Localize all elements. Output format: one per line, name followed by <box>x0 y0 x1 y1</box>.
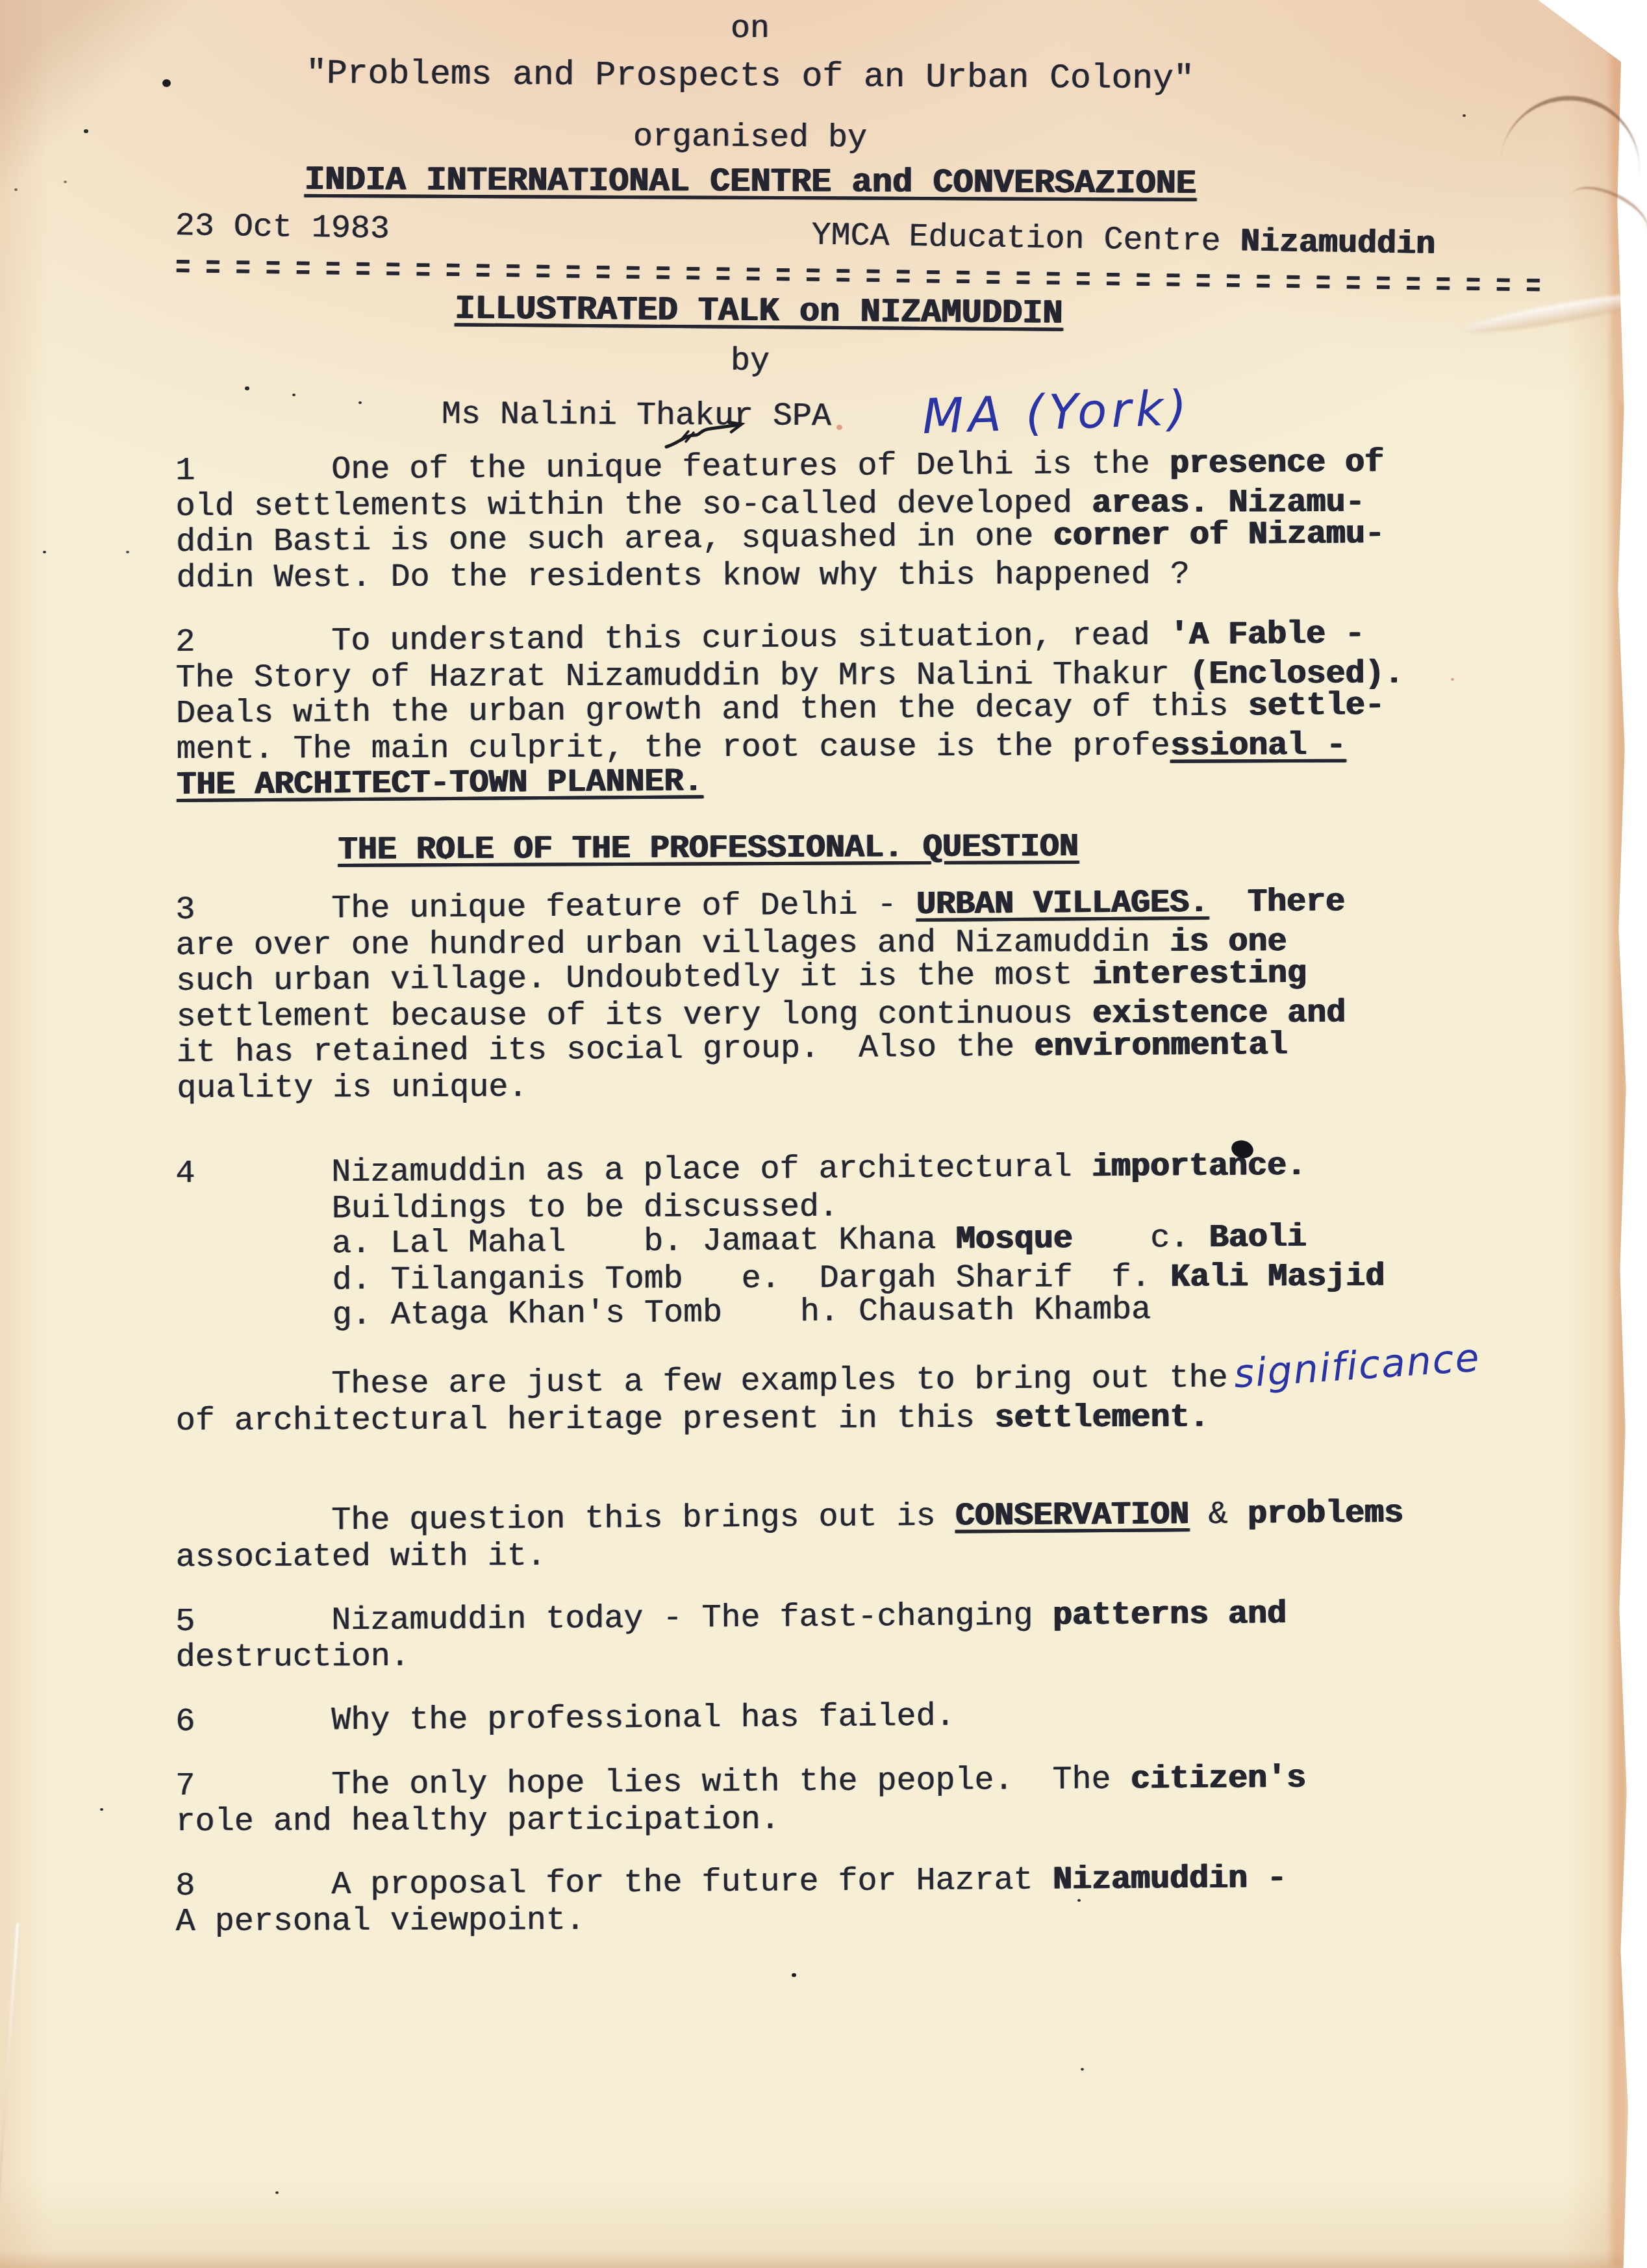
doc-line: d. Tilanganis Tomb e. Dargah Sharif f. K… <box>176 1259 1436 1299</box>
doc-line: The Story of Hazrat Nizamuddin by Mrs Na… <box>175 656 1435 696</box>
text-segment: & <box>1188 1496 1247 1533</box>
text-segment: areas. Nizamu- <box>1092 485 1364 522</box>
doc-line: destruction. <box>175 1635 1435 1676</box>
text-segment: Buildings to be discussed. <box>175 1189 838 1228</box>
paragraph-examples: These are just a few examples to bring o… <box>175 1354 1436 1439</box>
doc-line: on <box>175 9 1325 49</box>
doc-line: Ms Nalini Thakur SPAMA (York) <box>442 389 1435 438</box>
doc-line: A personal viewpoint. <box>175 1900 1435 1940</box>
handwritten-annotation: MA (York) <box>922 390 1192 435</box>
ink-specks <box>162 79 171 87</box>
doc-line: 6 Why the professional has failed. <box>175 1695 1435 1740</box>
text-segment: The Story of Hazrat Nizamuddin by Mrs Na… <box>175 657 1188 697</box>
paragraph-conservation: The question this brings out is CONSERVA… <box>175 1495 1436 1576</box>
text-segment: 7 The only hope lies with the people. Th… <box>175 1761 1131 1805</box>
paragraph-3: 3 The unique feature of Delhi - URBAN VI… <box>175 883 1437 1107</box>
handwritten-annotation: significance <box>1233 1340 1481 1392</box>
paragraph-7: 7 The only hope lies with the people. Th… <box>175 1759 1436 1840</box>
document-title: "Problems and Prospects of an Urban Colo… <box>175 55 1435 99</box>
speaker-line: Ms Nalini Thakur SPAMA (York) <box>175 388 1435 438</box>
text-segment: problems <box>1247 1495 1403 1533</box>
text-segment: A personal viewpoint. <box>175 1902 585 1941</box>
paragraph-1: 1 One of the unique features of Delhi is… <box>175 444 1436 596</box>
text-segment: d. Tilanganis Tomb e. Dargah Sharif f. <box>176 1259 1170 1300</box>
text-segment: ddin West. Do the residents know why thi… <box>176 557 1189 597</box>
text-segment: old settlements within the so-called dev… <box>175 485 1091 525</box>
bottom-edge-shade <box>0 2251 1647 2268</box>
doc-line: INDIA INTERNATIONAL CENTRE and CONVERSAZ… <box>175 162 1325 203</box>
text-segment: Ms Nalini Thakur SPA <box>442 396 831 435</box>
text-segment: (Enclosed). <box>1189 655 1403 693</box>
text-segment: 4 Nizamuddin as a place of architectural <box>175 1149 1092 1192</box>
text-segment: c. <box>1072 1220 1209 1257</box>
text-segment: 2 To understand this curious situation, … <box>175 617 1170 661</box>
doc-line: 3 The unique feature of Delhi - URBAN VI… <box>175 883 1435 928</box>
text-segment: quality is unique. <box>177 1069 527 1107</box>
paragraph-8: 8 A proposal for the future for Hazrat N… <box>175 1859 1436 1940</box>
text-segment: These are just a few examples to bring o… <box>175 1360 1228 1404</box>
text-segment: are over one hundred urban villages and … <box>175 924 1169 964</box>
doc-line: "Problems and Prospects of an Urban Colo… <box>175 55 1325 98</box>
text-segment: destruction. <box>175 1639 409 1676</box>
doc-line: Buildings to be discussed. <box>175 1187 1435 1228</box>
text-segment: Nizamuddin - <box>1052 1860 1286 1899</box>
paragraph-4: 4 Nizamuddin as a place of architectural… <box>175 1147 1437 1335</box>
text-segment: THE ARCHITECT-TOWN PLANNER. <box>177 763 703 804</box>
text-segment: ssional - <box>1170 727 1345 765</box>
doc-line: 5 Nizamuddin today - The fast-changing p… <box>175 1595 1435 1640</box>
doc-line: old settlements within the so-called dev… <box>175 485 1435 525</box>
paragraph-5: 5 Nizamuddin today - The fast-changing p… <box>175 1595 1436 1676</box>
doc-line: ddin West. Do the residents know why thi… <box>176 556 1436 596</box>
text-segment: 3 The unique feature of Delhi - <box>175 887 916 929</box>
text-segment: Mosque <box>955 1220 1072 1258</box>
doc-line: The question this brings out is CONSERVA… <box>175 1495 1435 1540</box>
text-segment: role and healthy participation. <box>175 1802 779 1841</box>
text-segment: 5 Nizamuddin today - The fast-changing <box>175 1598 1053 1641</box>
scratch-mark <box>0 1922 19 2208</box>
text-segment: citizen's <box>1130 1760 1305 1798</box>
section-heading-role: THE ROLE OF THE PROFESSIONAL. QUESTION <box>175 828 1435 869</box>
doc-line: settlement because of its very long cont… <box>176 995 1436 1035</box>
text-segment: presence of <box>1169 444 1383 483</box>
text-segment: The question this brings out is <box>175 1498 955 1541</box>
text-segment: THE ROLE OF THE PROFESSIONAL. QUESTION <box>338 829 1078 869</box>
doc-line: ment. The main culprit, the root cause i… <box>176 727 1436 768</box>
doc-line: 8 A proposal for the future for Hazrat N… <box>175 1859 1435 1904</box>
text-segment: by <box>731 343 770 380</box>
doc-line: associated with it. <box>175 1535 1435 1576</box>
typewritten-content: on"Problems and Prospects of an Urban Co… <box>0 9 1647 1940</box>
text-segment: settlement because of its very long cont… <box>176 996 1092 1036</box>
text-segment: There <box>1247 883 1344 921</box>
doc-line: 1 One of the unique features of Delhi is… <box>175 444 1435 489</box>
text-segment: ment. The main culprit, the root cause i… <box>176 728 1170 768</box>
text-segment: "Problems and Prospects of an Urban Colo… <box>306 54 1194 98</box>
text-segment: 8 A proposal for the future for Hazrat <box>175 1862 1053 1905</box>
text-segment: URBAN VILLAGES. <box>916 885 1208 924</box>
doc-line: are over one hundred urban villages and … <box>175 924 1435 964</box>
text-segment: YMCA Education Centre <box>811 218 1240 260</box>
text-segment: patterns and <box>1052 1596 1286 1635</box>
text-segment: 1 One of the unique features of Delhi is… <box>175 446 1170 490</box>
text-segment: Nizamuddin <box>1240 224 1435 262</box>
header-on: on <box>175 9 1435 49</box>
doc-line: THE ROLE OF THE PROFESSIONAL. QUESTION <box>338 828 1435 868</box>
doc-line: organised by <box>175 117 1325 158</box>
text-segment: a. Lal Mahal b. Jamaat Khana <box>176 1222 956 1264</box>
doc-line: 2 To understand this curious situation, … <box>175 616 1435 661</box>
doc-line: quality is unique. <box>177 1066 1437 1107</box>
text-segment: is one <box>1170 924 1287 961</box>
text-segment: 23 Oct 1983 <box>175 208 390 247</box>
doc-line: role and healthy participation. <box>175 1800 1435 1840</box>
organised-by: organised by <box>175 117 1435 159</box>
text-segment: importance. <box>1091 1148 1305 1186</box>
ink-arrow-mark <box>662 421 747 451</box>
scanned-document-page: on"Problems and Prospects of an Urban Co… <box>0 0 1647 2268</box>
text-segment: INDIA INTERNATIONAL CENTRE and CONVERSAZ… <box>304 161 1196 203</box>
text-segment <box>1208 884 1247 921</box>
text-segment: existence and <box>1092 995 1345 1033</box>
text-segment: 6 Why the professional has failed. <box>175 1698 955 1741</box>
doc-line: of architectural heritage present in thi… <box>176 1399 1436 1439</box>
byline: by <box>175 342 1435 382</box>
text-segment: Kali Masjid <box>1170 1259 1384 1296</box>
paragraph-6: 6 Why the professional has failed. <box>175 1695 1435 1740</box>
doc-line: by <box>175 342 1325 381</box>
text-segment: of architectural heritage present in thi… <box>176 1400 994 1440</box>
doc-line: 7 The only hope lies with the people. Th… <box>175 1759 1435 1804</box>
text-segment: organised by <box>633 119 867 157</box>
text-segment: 'A Fable - <box>1169 616 1364 654</box>
text-segment: associated with it. <box>175 1538 546 1576</box>
organisers: INDIA INTERNATIONAL CENTRE and CONVERSAZ… <box>175 162 1435 203</box>
text-segment: on <box>731 10 770 47</box>
paragraph-2: 2 To understand this curious situation, … <box>175 616 1437 803</box>
text-segment: ILLUSTRATED TALK on NIZAMUDDIN <box>455 290 1063 333</box>
text-segment: Baoli <box>1209 1219 1306 1257</box>
doc-line: ILLUSTRATED TALK on NIZAMUDDIN <box>455 291 1435 334</box>
text-segment: settlement. <box>994 1399 1209 1437</box>
doc-line: These are just a few examples to bring o… <box>175 1354 1435 1404</box>
text-segment: CONSERVATION <box>955 1496 1188 1535</box>
